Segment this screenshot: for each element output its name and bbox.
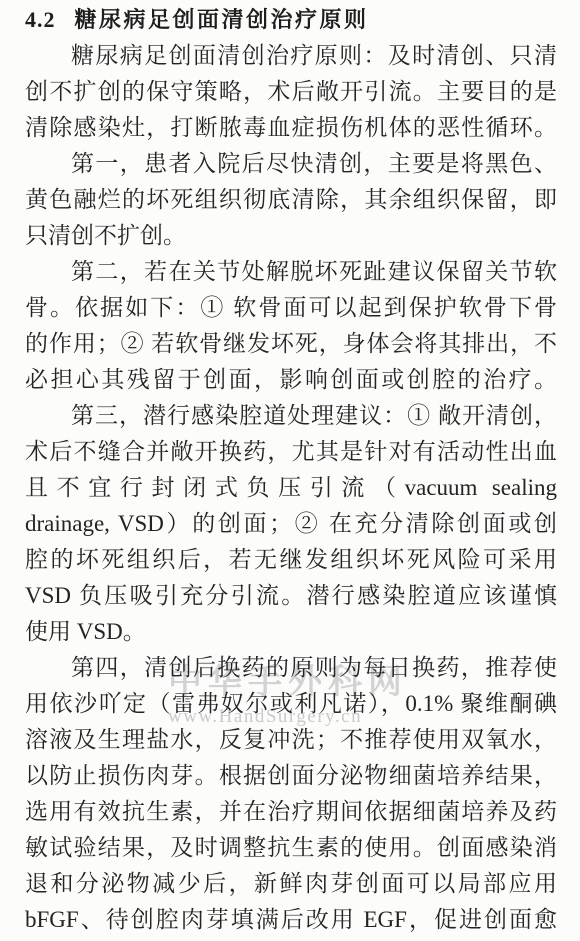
- section-title: 糖尿病足创面清创治疗原则: [75, 7, 369, 32]
- page-content: 4.2糖尿病足创面清创治疗原则 糖尿病足创面清创治疗原则：及时清创、只清创不扩创…: [25, 2, 557, 938]
- document-page: 中华手外科网 www.HandSurgery.cn 4.2糖尿病足创面清创治疗原…: [0, 0, 580, 941]
- text-line: 选用有效抗生素，并在治疗期间依据细菌培养及药: [25, 794, 557, 830]
- text-line: 糖尿病足创面清创治疗原则：及时清创、只清: [25, 38, 557, 74]
- text-line: 黄色融烂的坏死组织彻底清除，其余组织保留，即: [25, 182, 557, 218]
- text-line: 以防止损伤肉芽。根据创面分泌物细菌培养结果，: [25, 758, 557, 794]
- section-heading: 4.2糖尿病足创面清创治疗原则: [25, 2, 557, 38]
- text-line: 清除感染灶，打断脓毒血症损伤机体的恶性循环。: [25, 110, 557, 146]
- text-line: drainage, VSD）的创面；② 在充分清除创面或创: [25, 506, 557, 542]
- text-line: 只清创不扩创。: [25, 218, 557, 254]
- text-line: 第一，患者入院后尽快清创，主要是将黑色、: [25, 146, 557, 182]
- text-body: 糖尿病足创面清创治疗原则：及时清创、只清创不扩创的保守策略，术后敞开引流。主要目…: [25, 38, 557, 938]
- text-line: 用依沙吖定（雷弗奴尔或利凡诺），0.1% 聚维酮碘: [25, 686, 557, 722]
- text-line: 第三，潜行感染腔道处理建议：① 敞开清创，: [25, 398, 557, 434]
- text-line: 第四，清创后换药的原则为每日换药，推荐使: [25, 650, 557, 686]
- text-line: 敏试验结果，及时调整抗生素的使用。创面感染消: [25, 830, 557, 866]
- text-line: 腔的坏死组织后，若无继发组织坏死风险可采用: [25, 542, 557, 578]
- text-line: 必担心其残留于创面，影响创面或创腔的治疗。: [25, 362, 557, 398]
- text-line: 第二，若在关节处解脱坏死趾建议保留关节软: [25, 254, 557, 290]
- text-line: 且不宜行封闭式负压引流（vacuum sealing: [25, 470, 557, 506]
- text-line: 骨。依据如下：① 软骨面可以起到保护软骨下骨: [25, 290, 557, 326]
- text-line: 创不扩创的保守策略，术后敞开引流。主要目的是: [25, 74, 557, 110]
- text-line: 术后不缝合并敞开换药，尤其是针对有活动性出血: [25, 434, 557, 470]
- text-line: 使用 VSD。: [25, 614, 557, 650]
- text-line: bFGF、待创腔肉芽填满后改用 EGF，促进创面愈合。: [25, 902, 557, 938]
- section-number: 4.2: [25, 2, 56, 38]
- text-line: 溶液及生理盐水，反复冲洗；不推荐使用双氧水，: [25, 722, 557, 758]
- text-line: VSD 负压吸引充分引流。潜行感染腔道应该谨慎: [25, 578, 557, 614]
- text-line: 的作用；② 若软骨继发坏死，身体会将其排出，不: [25, 326, 557, 362]
- text-line: 退和分泌物减少后，新鲜肉芽创面可以局部应用: [25, 866, 557, 902]
